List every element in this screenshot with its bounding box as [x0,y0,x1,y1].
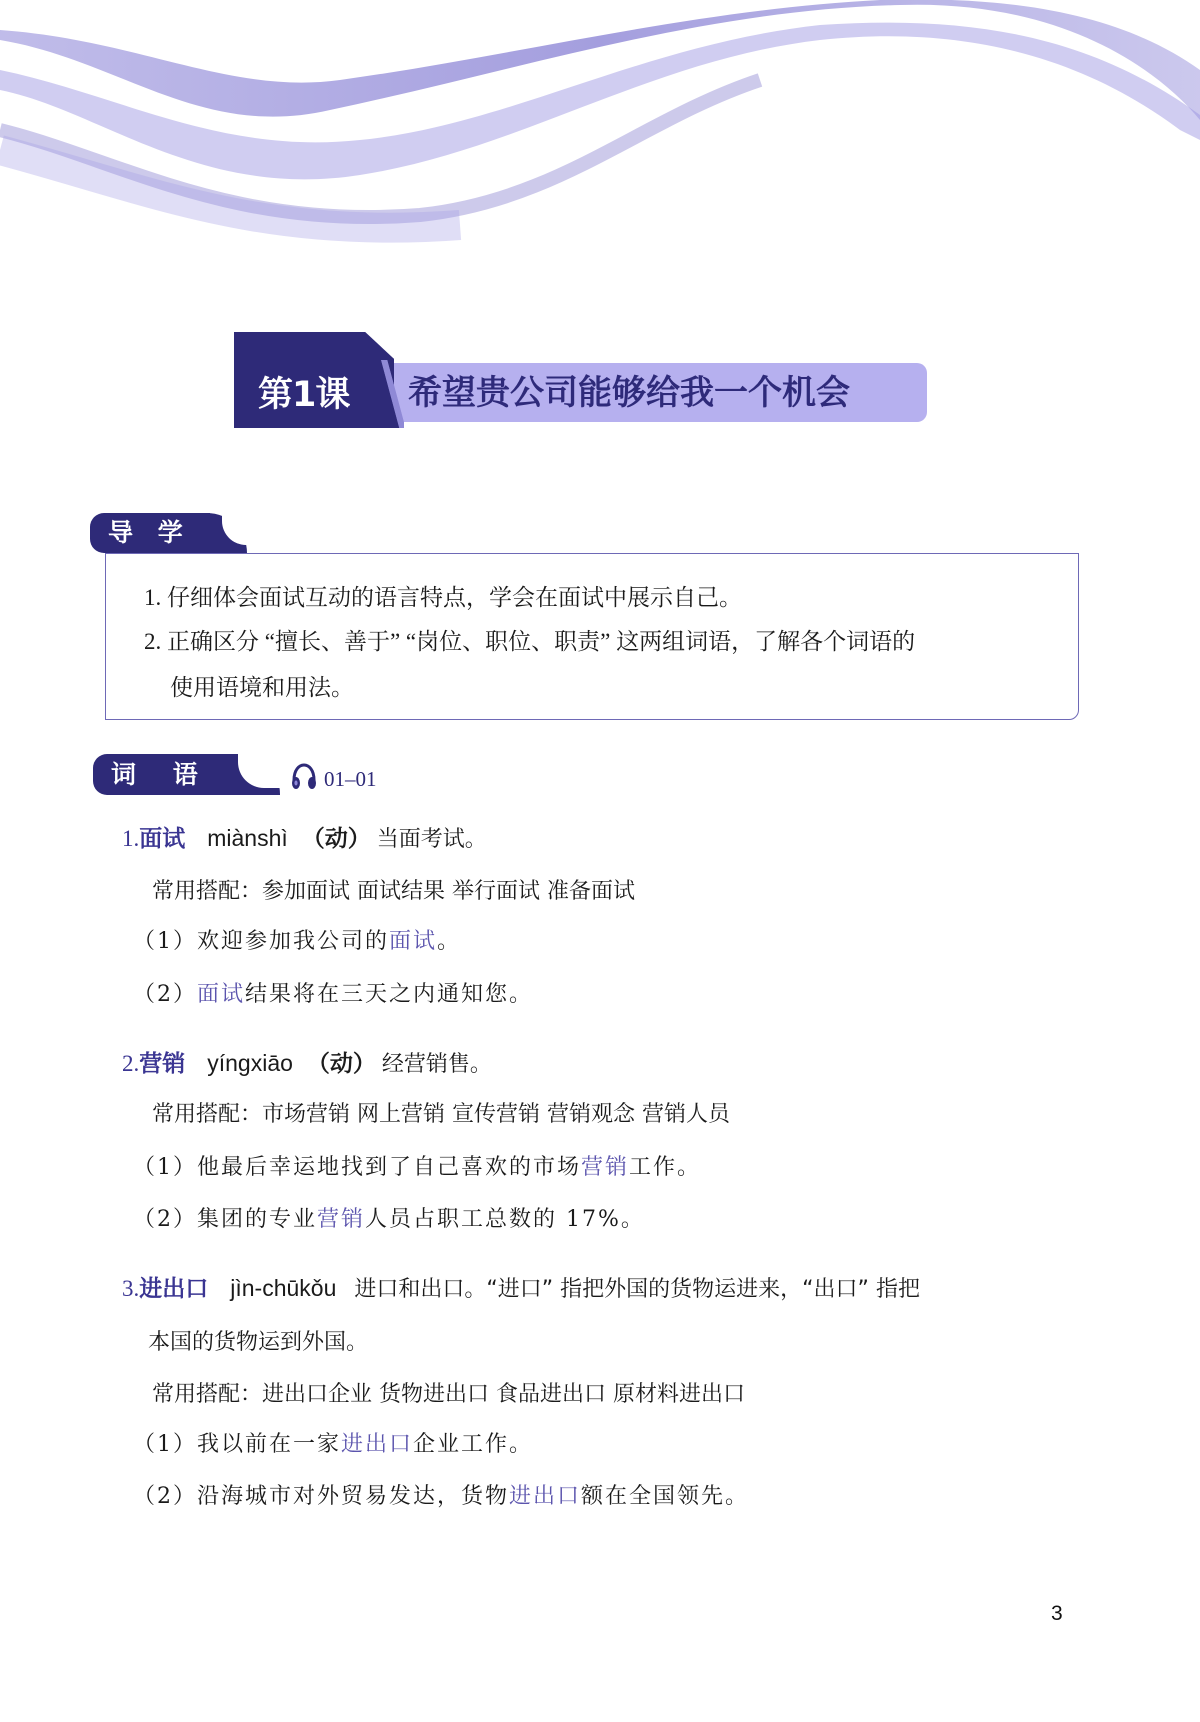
lesson-banner-divider [380,360,404,428]
part-of-speech: （动） [302,826,371,852]
lesson-number: 第1课 [258,370,349,420]
guide-item-1: 1. 仔细体会面试互动的语言特点，学会在面试中展示自己。 [144,583,742,613]
part-of-speech: （动） [307,1051,376,1077]
definition: 进口和出口。“进口” 指把外国的货物运进来，“出口” 指把 [354,1277,920,1302]
lesson-title: 希望贵公司能够给我一个机会 [408,366,850,420]
entry-number: 3. [122,1276,139,1301]
headphones-icon[interactable] [290,762,318,796]
entry-number: 2. [122,1051,139,1076]
collocations: 常用搭配：参加面试 面试结果 举行面试 准备面试 [152,876,635,908]
audio-code: 01–01 [324,767,377,792]
page-number: 3 [1051,1602,1063,1626]
vocab-entry-1: 1.面试miànshì（动）当面考试。 [122,822,487,856]
pinyin: yíngxiāo [207,1050,293,1076]
definition: 经营销售。 [382,1052,492,1077]
headword: 营销 [139,1051,185,1077]
audio-track[interactable]: 01–01 [290,762,377,796]
example-sentence: （1）他最后幸运地找到了自己喜欢的市场营销工作。 [133,1152,701,1184]
vocab-tab-label: 词 语 [93,754,233,795]
example-sentence: （2）集团的专业营销人员占职工总数的 17%。 [133,1204,645,1236]
definition-continued: 本国的货物运到外国。 [148,1327,368,1359]
entry-number: 1. [122,826,139,851]
definition: 当面考试。 [377,827,487,852]
decorative-wave-banner [0,0,1200,260]
vocab-entry-3: 3.进出口jìn-chūkǒu进口和出口。“进口” 指把外国的货物运进来，“出口… [122,1272,920,1306]
headword: 进出口 [139,1276,208,1302]
vocab-entry-2: 2.营销yíngxiāo（动）经营销售。 [122,1047,492,1081]
example-sentence: （1）我以前在一家进出口企业工作。 [133,1429,533,1461]
example-sentence: （2）沿海城市对外贸易发达，货物进出口额在全国领先。 [133,1481,749,1513]
pinyin: jìn-chūkǒu [230,1275,336,1301]
guide-item-2: 2. 正确区分 “擅长、善于” “岗位、职位、职责” 这两组词语，了解各个词语的 [144,627,915,657]
headword: 面试 [139,826,185,852]
guide-item-2-cont: 使用语境和用法。 [170,673,354,703]
collocations: 常用搭配：进出口企业 货物进出口 食品进出口 原材料进出口 [152,1379,745,1411]
pinyin: miànshì [207,825,288,851]
guide-tab-label: 导 学 [90,513,210,553]
example-sentence: （1）欢迎参加我公司的面试。 [133,926,461,958]
example-sentence: （2）面试结果将在三天之内通知您。 [133,979,533,1011]
collocations: 常用搭配：市场营销 网上营销 宣传营销 营销观念 营销人员 [152,1099,730,1131]
